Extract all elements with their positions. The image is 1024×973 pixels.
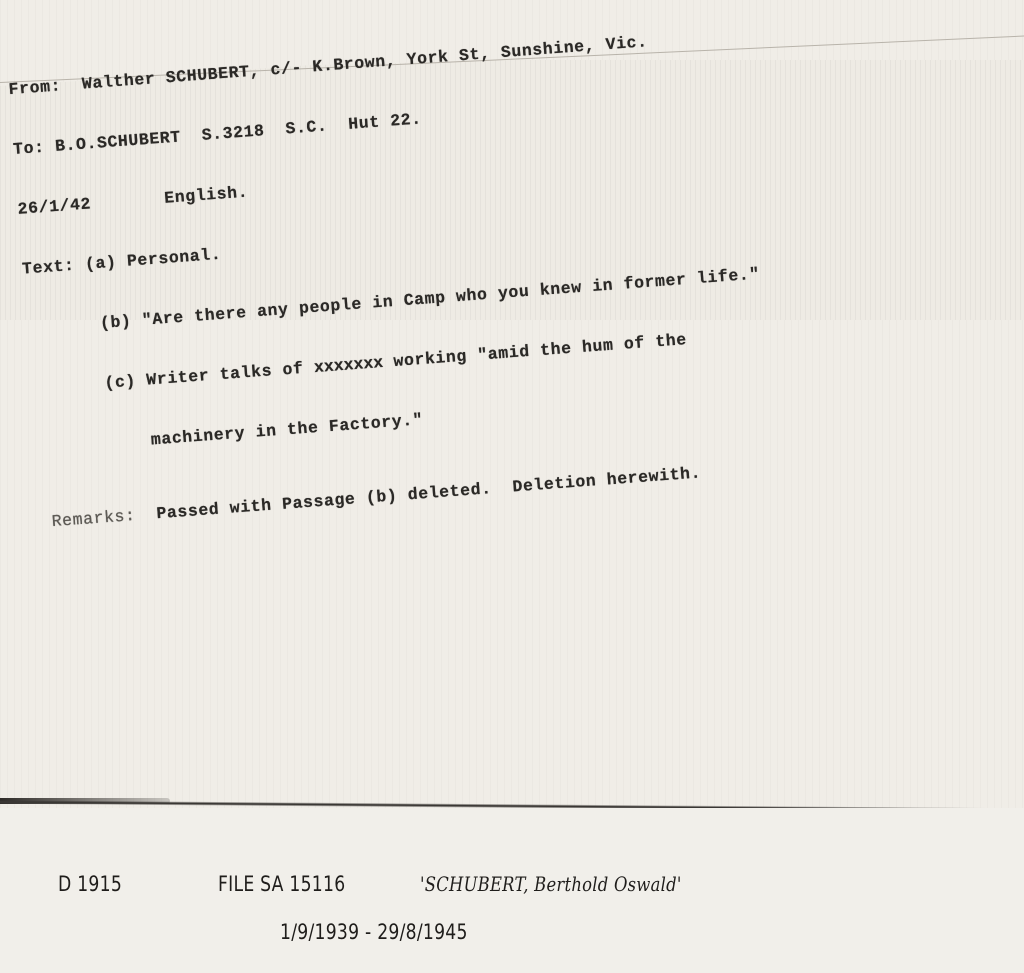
remarks-value: Passed with Passage (b) deleted. Deletio… bbox=[156, 463, 702, 523]
remarks-line: Remarks: Passed with Passage (b) deleted… bbox=[41, 438, 1024, 533]
remarks-label: Remarks: bbox=[51, 506, 136, 532]
text-label: Text: bbox=[21, 256, 75, 280]
to-value: B.O.SCHUBERT S.3218 S.C. Hut 22. bbox=[54, 109, 422, 156]
item-text-before: Writer talks of bbox=[146, 358, 315, 390]
handwritten-date-range: 1/9/1939 - 29/8/1945 bbox=[280, 920, 468, 944]
language-value: English. bbox=[164, 183, 249, 208]
struck-out-word: xxxxxxx bbox=[313, 353, 384, 377]
archival-page: From: Walther SCHUBERT, c/- K.Brown, Yor… bbox=[0, 0, 1024, 973]
from-value: Walther SCHUBERT, c/- K.Brown, York St, … bbox=[81, 32, 648, 93]
from-label: From: bbox=[8, 76, 62, 100]
handwritten-name: 'SCHUBERT, Berthold Oswald' bbox=[420, 872, 682, 896]
typed-record: From: Walther SCHUBERT, c/- K.Brown, Yor… bbox=[5, 0, 1024, 573]
date-value: 26/1/42 bbox=[17, 194, 92, 218]
item-marker: (a) bbox=[84, 253, 117, 274]
item-continuation: machinery in the Factory." bbox=[150, 410, 424, 449]
handwritten-ref: D 1915 bbox=[58, 872, 122, 896]
item-marker: (b) bbox=[99, 312, 132, 333]
item-text-after: working "amid the hum of the bbox=[382, 330, 687, 372]
handwritten-file-number: FILE SA 15116 bbox=[218, 872, 345, 896]
item-marker: (c) bbox=[104, 372, 137, 393]
to-label: To: bbox=[13, 138, 46, 160]
item-text: Personal. bbox=[126, 245, 222, 271]
item-text: "Are there any people in Camp who you kn… bbox=[141, 264, 760, 329]
